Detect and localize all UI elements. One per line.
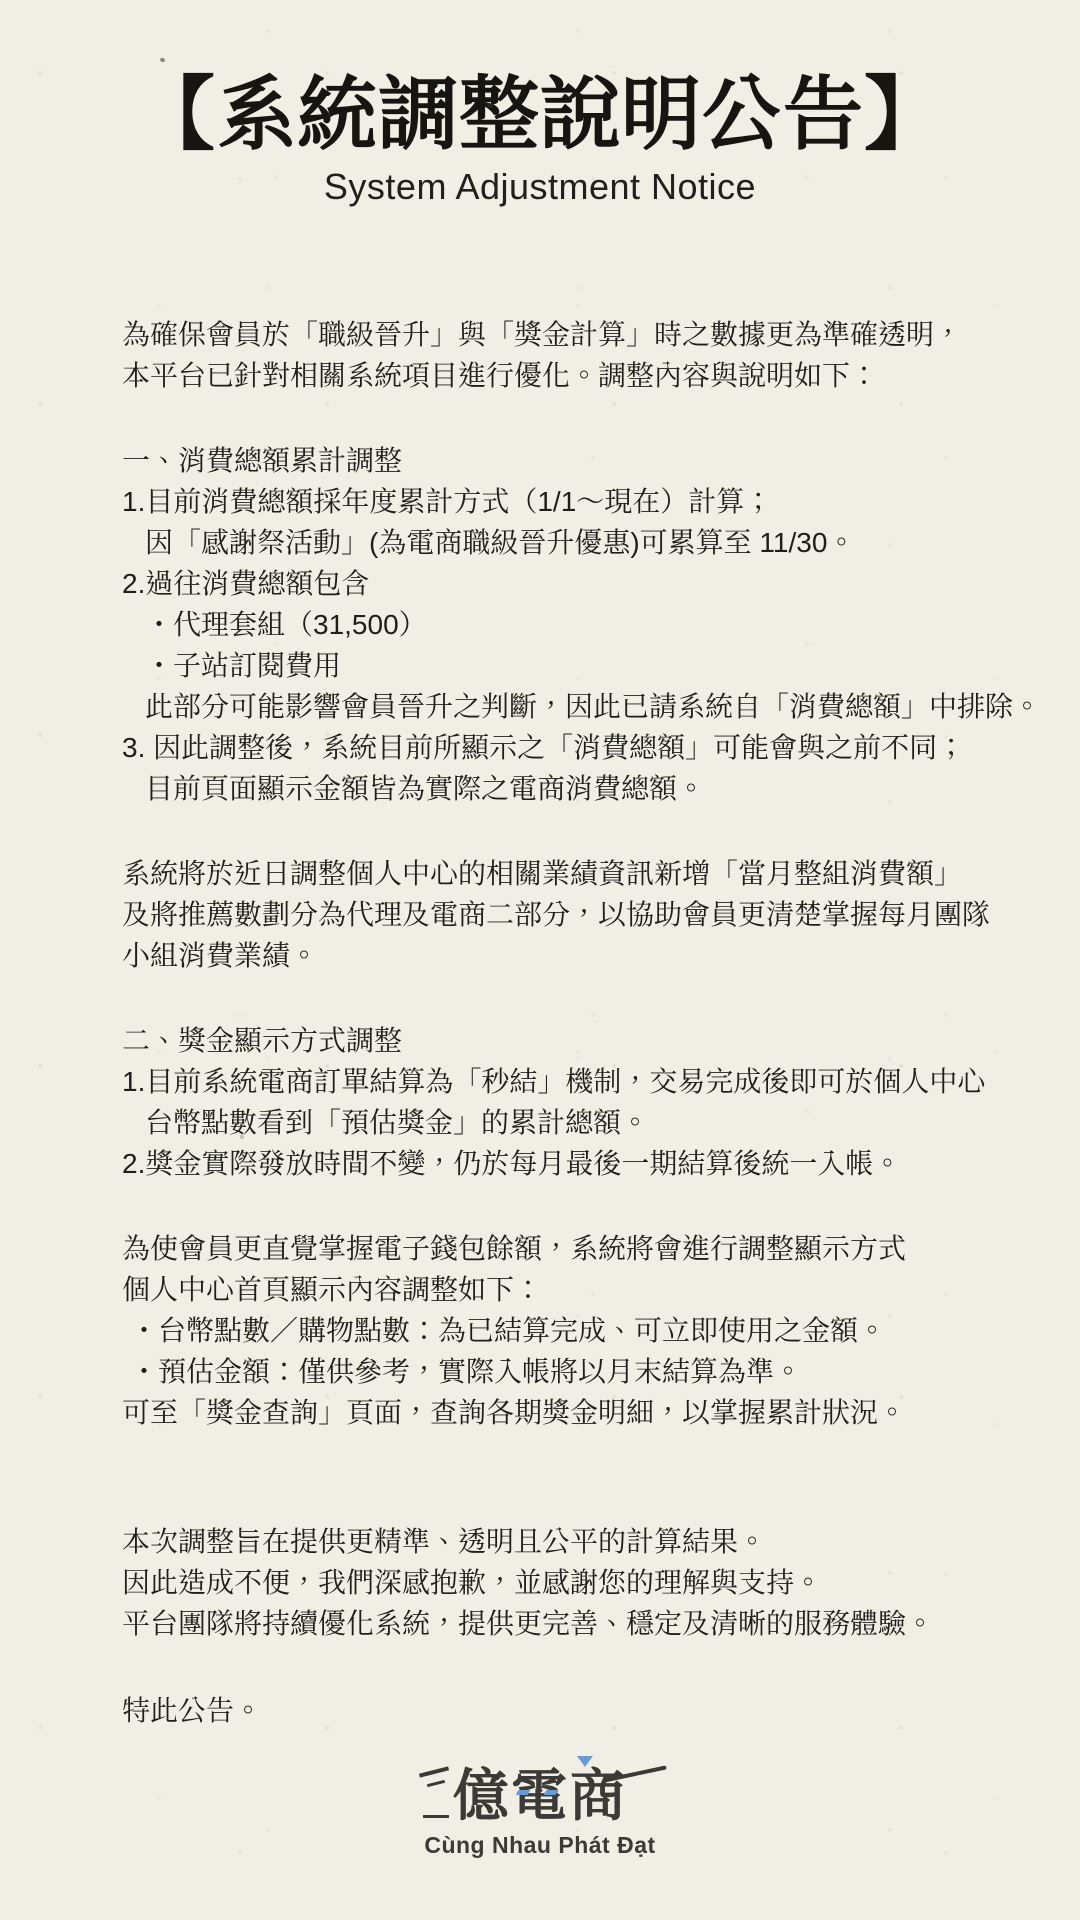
paper-speck bbox=[240, 1135, 244, 1139]
section2-item1-continuation: 台幣點數看到「預估獎金」的累計總額。 bbox=[122, 1102, 1024, 1143]
intro-line-1: 為確保會員於「職級晉升」與「獎金計算」時之數據更為準確透明， bbox=[122, 314, 1024, 355]
paper-speck bbox=[918, 330, 922, 333]
brand-logo: 億電商 bbox=[453, 1768, 627, 1824]
update-paragraph-line-2: 及將推薦數劃分為代理及電商二部分，以協助會員更清楚掌握每月團隊 bbox=[122, 894, 1024, 935]
notice-header: 【系統調整說明公告】 System Adjustment Notice bbox=[0, 0, 1080, 208]
wallet-paragraph-line-2: 個人中心首頁顯示內容調整如下： bbox=[122, 1269, 1024, 1310]
intro-line-2: 本平台已針對相關系統項目進行優化。調整內容與說明如下： bbox=[122, 355, 1024, 396]
closing-line-3: 平台團隊將持續優化系統，提供更完善、穩定及清晰的服務體驗。 bbox=[122, 1603, 1024, 1644]
closing-line-1: 本次調整旨在提供更精準、透明且公平的計算結果。 bbox=[122, 1521, 1024, 1562]
section1-item3: 3. 因此調整後，系統目前所顯示之「消費總額」可能會與之前不同； bbox=[122, 727, 1024, 768]
logo-speedline-icon bbox=[427, 1780, 445, 1787]
section2-item2: 2.獎金實際發放時間不變，仍於每月最後一期結算後統一入帳。 bbox=[122, 1143, 1024, 1184]
section1-bullet-agent-package: ・代理套組（31,500） bbox=[122, 604, 1024, 645]
brand-footer: 億電商 Cùng Nhau Phát Đạt bbox=[0, 1768, 1080, 1859]
section1-item1: 1.目前消費總額採年度累計方式（1/1～現在）計算； bbox=[122, 481, 1024, 522]
closing-line-2: 因此造成不便，我們深感抱歉，並感謝您的理解與支持。 bbox=[122, 1562, 1024, 1603]
update-paragraph-line-1: 系統將於近日調整個人中心的相關業績資訊新增「當月整組消費額」 bbox=[122, 853, 1024, 894]
logo-triangle-icon bbox=[577, 1756, 593, 1767]
logo-speedline-icon bbox=[419, 1766, 449, 1777]
section2-item1: 1.目前系統電商訂單結算為「秒結」機制，交易完成後即可於個人中心 bbox=[122, 1061, 1024, 1102]
notice-body: 為確保會員於「職級晉升」與「獎金計算」時之數據更為準確透明， 本平台已針對相關系… bbox=[0, 314, 1080, 1731]
section1-item2: 2.過往消費總額包含 bbox=[122, 563, 1024, 604]
section1-item2-note: 此部分可能影響會員晉升之判斷，因此已請系統自「消費總額」中排除。 bbox=[122, 686, 1024, 727]
section1-heading: 一、消費總額累計調整 bbox=[122, 440, 1024, 481]
notice-page: 【系統調整說明公告】 System Adjustment Notice 為確保會… bbox=[0, 0, 1080, 1920]
section1-item1-continuation: 因「感謝祭活動」(為電商職級晉升優惠)可累算至 11/30。 bbox=[122, 522, 1024, 563]
page-subtitle: System Adjustment Notice bbox=[0, 166, 1080, 208]
wallet-paragraph-line-1: 為使會員更直覺掌握電子錢包餘額，系統將會進行調整顯示方式 bbox=[122, 1228, 1024, 1269]
final-announcement-line: 特此公告。 bbox=[122, 1690, 1024, 1731]
section1-bullet-subsite-subscription: ・子站訂閱費用 bbox=[122, 645, 1024, 686]
logo-speedline-icon bbox=[423, 1815, 449, 1818]
wallet-bullet-estimate: ・預估金額：僅供參考，實際入帳將以月末結算為準。 bbox=[122, 1351, 1024, 1392]
section1-item3-continuation: 目前頁面顯示金額皆為實際之電商消費總額。 bbox=[122, 768, 1024, 809]
wallet-paragraph-line-3: 可至「獎金查詢」頁面，查詢各期獎金明細，以掌握累計狀況。 bbox=[122, 1392, 1024, 1433]
update-paragraph-line-3: 小組消費業績。 bbox=[122, 935, 1024, 976]
brand-name: 億電商 bbox=[453, 1764, 627, 1827]
page-title: 【系統調整說明公告】 bbox=[0, 70, 1080, 160]
paper-speck bbox=[487, 103, 493, 108]
brand-tagline: Cùng Nhau Phát Đạt bbox=[0, 1832, 1080, 1859]
section2-heading: 二、獎金顯示方式調整 bbox=[122, 1020, 1024, 1061]
wallet-bullet-points: ・台幣點數／購物點數：為已結算完成、可立即使用之金額。 bbox=[122, 1310, 1024, 1351]
